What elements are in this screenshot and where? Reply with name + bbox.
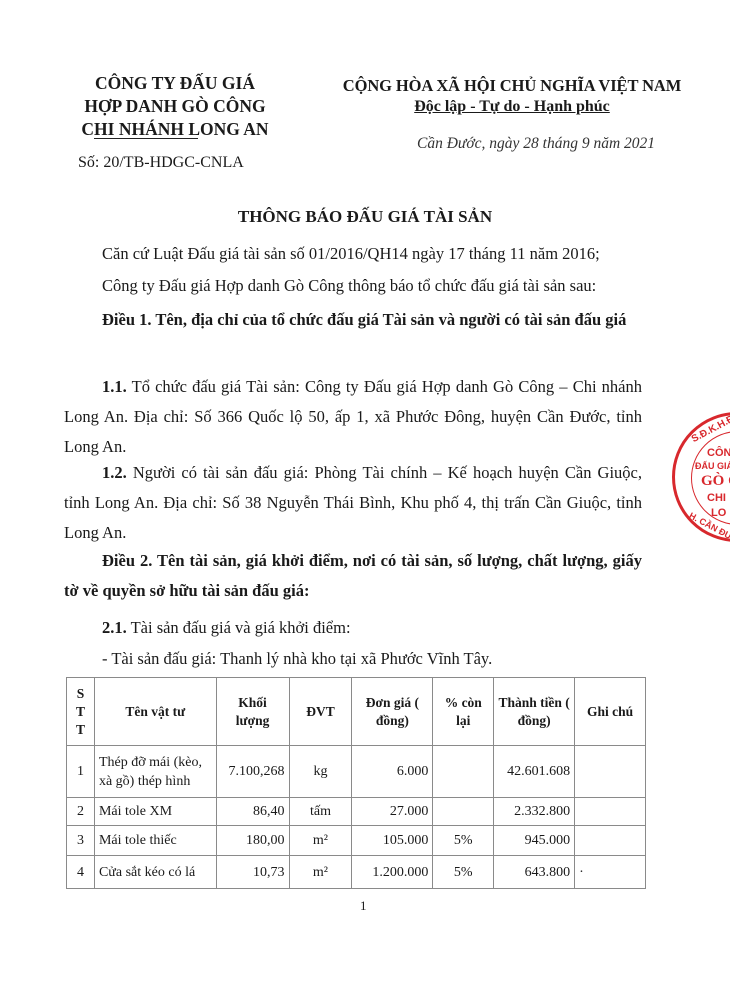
item-1-2-label: 1.2. — [102, 463, 127, 482]
seal-line-2: ĐẤU GIÁ H — [695, 461, 730, 471]
document-title: THÔNG BÁO ĐẤU GIÁ TÀI SẢN — [0, 207, 730, 227]
cell-total: 643.800 — [494, 856, 575, 889]
national-header: CỘNG HÒA XÃ HỘI CHỦ NGHĨA VIỆT NAM Độc l… — [334, 76, 690, 116]
cell-pct: 5% — [433, 856, 494, 889]
item-2-1-text: Tài sản đấu giá và giá khởi điểm: — [131, 618, 351, 637]
seal-line-5: LO — [711, 507, 726, 519]
cell-qty: 7.100,268 — [216, 746, 289, 798]
cell-name: Mái tole thiếc — [94, 826, 216, 856]
page-number: 1 — [360, 898, 367, 914]
cell-total: 945.000 — [494, 826, 575, 856]
cell-unit: m² — [289, 856, 352, 889]
cell-note: · — [575, 856, 646, 889]
cell-stt: 3 — [67, 826, 95, 856]
col-note: Ghi chú — [575, 678, 646, 746]
table-header-row: S T T Tên vật tư Khối lượng ĐVT Đơn giá … — [67, 678, 646, 746]
cell-price: 1.200.000 — [352, 856, 433, 889]
seal-line-3: GÒ C — [701, 473, 730, 490]
cell-qty: 10,73 — [216, 856, 289, 889]
cell-stt: 1 — [67, 746, 95, 798]
cell-total: 42.601.608 — [494, 746, 575, 798]
col-unit: ĐVT — [289, 678, 352, 746]
cell-total: 2.332.800 — [494, 798, 575, 826]
col-qty: Khối lượng — [216, 678, 289, 746]
article-2-heading: Điều 2. Tên tài sản, giá khởi điểm, nơi … — [64, 546, 642, 606]
col-stt: S T T — [67, 678, 95, 746]
table-row: 3 Mái tole thiếc 180,00 m² 105.000 5% 94… — [67, 826, 646, 856]
article-1-heading: Điều 1. Tên, địa chỉ của tổ chức đấu giá… — [64, 305, 642, 335]
document-number: Số: 20/TB-HDGC-CNLA — [78, 154, 244, 172]
seal-line-4: CHI — [707, 492, 726, 504]
org-line-2: HỢP DANH GÒ CÔNG — [62, 95, 288, 118]
item-1-1: 1.1. Tổ chức đấu giá Tài sản: Công ty Đấ… — [64, 372, 642, 462]
item-1-1-label: 1.1. — [102, 377, 127, 396]
table-row: 2 Mái tole XM 86,40 tấm 27.000 2.332.800 — [67, 798, 646, 826]
item-2-1: 2.1. Tài sản đấu giá và giá khởi điểm: — [102, 614, 351, 643]
official-seal-icon: S.Đ.K.H.Đ: 0 H. CẦN ĐƯ CÔNG ĐẤU GIÁ H GÒ… — [672, 412, 730, 542]
org-line-1: CÔNG TY ĐẤU GIÁ — [62, 72, 288, 95]
asset-table: S T T Tên vật tư Khối lượng ĐVT Đơn giá … — [66, 677, 646, 889]
asset-line: - Tài sản đấu giá: Thanh lý nhà kho tại … — [102, 645, 492, 674]
place-date: Cần Đước, ngày 28 tháng 9 năm 2021 — [417, 135, 655, 153]
cell-pct — [433, 798, 494, 826]
cell-note — [575, 798, 646, 826]
item-1-2-text: Người có tài sản đấu giá: Phòng Tài chín… — [64, 463, 642, 542]
item-1-1-text: Tổ chức đấu giá Tài sản: Công ty Đấu giá… — [64, 377, 642, 456]
cell-name: Cửa sắt kéo có lá — [94, 856, 216, 889]
cell-unit: m² — [289, 826, 352, 856]
table-row: 1 Thép đỡ mái (kèo, xà gồ) thép hình 7.1… — [67, 746, 646, 798]
col-name: Tên vật tư — [94, 678, 216, 746]
cell-pct — [433, 746, 494, 798]
cell-name: Thép đỡ mái (kèo, xà gồ) thép hình — [94, 746, 216, 798]
organization-name: CÔNG TY ĐẤU GIÁ HỢP DANH GÒ CÔNG CHI NHÁ… — [62, 72, 288, 141]
cell-stt: 2 — [67, 798, 95, 826]
cell-qty: 86,40 — [216, 798, 289, 826]
cell-qty: 180,00 — [216, 826, 289, 856]
header-divider — [94, 138, 198, 139]
item-2-1-label: 2.1. — [102, 618, 127, 637]
cell-note — [575, 746, 646, 798]
article-1-heading-text: Điều 1. Tên, địa chỉ của tổ chức đấu giá… — [102, 310, 626, 329]
table-row: 4 Cửa sắt kéo có lá 10,73 m² 1.200.000 5… — [67, 856, 646, 889]
item-1-2: 1.2. Người có tài sản đấu giá: Phòng Tài… — [64, 458, 642, 548]
col-pct: % còn lại — [433, 678, 494, 746]
seal-line-1: CÔNG — [707, 447, 730, 459]
cell-unit: tấm — [289, 798, 352, 826]
legal-basis: Căn cứ Luật Đấu giá tài sản số 01/2016/Q… — [102, 240, 600, 269]
cell-note — [575, 826, 646, 856]
article-2-heading-text: Điều 2. Tên tài sản, giá khởi điểm, nơi … — [64, 551, 642, 600]
col-total: Thành tiền ( đồng) — [494, 678, 575, 746]
cell-price: 27.000 — [352, 798, 433, 826]
intro-text: Công ty Đấu giá Hợp danh Gò Công thông b… — [102, 272, 596, 301]
national-motto: Độc lập - Tự do - Hạnh phúc — [334, 98, 690, 116]
cell-unit: kg — [289, 746, 352, 798]
nation-name: CỘNG HÒA XÃ HỘI CHỦ NGHĨA VIỆT NAM — [334, 76, 690, 96]
cell-price: 105.000 — [352, 826, 433, 856]
cell-pct: 5% — [433, 826, 494, 856]
cell-name: Mái tole XM — [94, 798, 216, 826]
col-price: Đơn giá ( đồng) — [352, 678, 433, 746]
cell-stt: 4 — [67, 856, 95, 889]
cell-price: 6.000 — [352, 746, 433, 798]
